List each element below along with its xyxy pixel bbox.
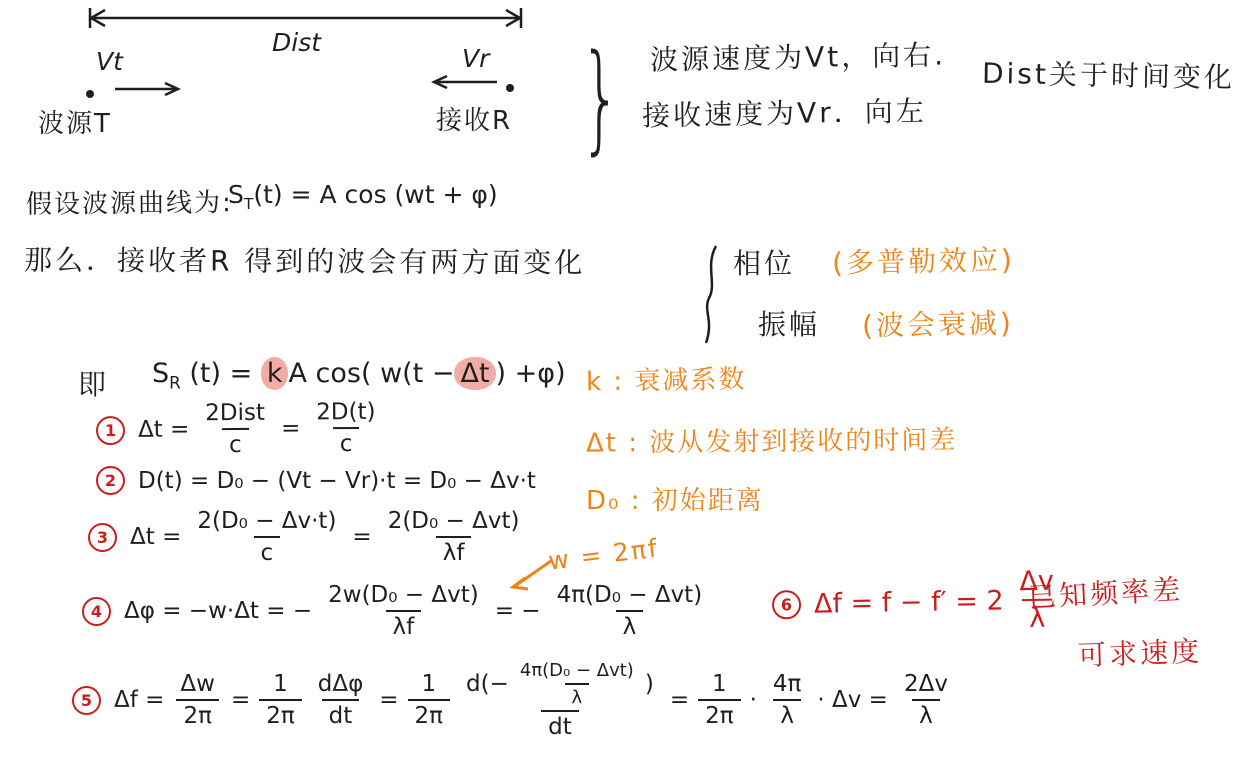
fraction: dΔφdt — [311, 671, 371, 729]
fraction: 4π(D₀ − Δvt)λ — [550, 582, 710, 640]
fraction: 4πλ — [766, 671, 808, 729]
w-note: w = 2πf — [547, 533, 661, 575]
diagram-brace: } — [580, 38, 621, 156]
assumption-formula: ST(t) = A cos (wt + φ) — [228, 180, 498, 213]
branch-amplitude: 振幅 — [758, 303, 820, 343]
legend-k: k : 衰减系数 — [586, 359, 747, 399]
fraction: 2D(t)c — [309, 399, 383, 458]
fraction: 12π — [698, 671, 740, 729]
note-source-speed: 波源速度为Vt，向右. — [650, 33, 947, 78]
assumption-label: 假设波源曲线为: — [26, 182, 233, 221]
fraction: 12π — [259, 671, 301, 729]
equation-3: 3 Δt = 2(D₀ − Δv·t)c = 2(D₀ − Δvt)λf — [88, 508, 526, 566]
handwritten-note-page: Dist Vt 波源T Vr 接收R } 波源速度为Vt，向右. 接收速度为Vr… — [0, 0, 1257, 770]
source-dot — [86, 90, 94, 98]
eq6-note-1: 已知频率差 — [1027, 568, 1184, 616]
consequence-text: 那么．接收者R 得到的波会有两方面变化 — [24, 239, 586, 282]
dist-label: Dist — [272, 28, 321, 57]
circled-number-5: 5 — [72, 686, 101, 715]
fraction: 12π — [408, 671, 450, 729]
vt-label: Vt — [96, 47, 123, 76]
k-highlight: k — [261, 357, 289, 390]
big-fraction: d(− 4π(D₀ − Δvt)λ ) dt — [459, 660, 661, 740]
fraction: 2w(D₀ − Δvt)λf — [321, 582, 486, 640]
equation-1: 1 Δt = 2Distc = 2D(t)c — [96, 399, 383, 459]
vr-label: Vr — [462, 44, 489, 73]
nested-fraction: 4π(D₀ − Δvt)λ — [513, 660, 641, 708]
equation-5: 5 Δf = Δw2π = 12π dΔφdt = 12π d(− 4π(D₀ … — [72, 660, 955, 740]
note-dist-time: Dist关于时间变化 — [982, 52, 1236, 96]
st-symbol: ST — [228, 180, 253, 209]
sr-formula: SR (t) = kA cos( w(t −Δt) +φ) — [152, 358, 566, 392]
branch-amplitude-note: (波会衰减) — [862, 302, 1015, 345]
fraction: Δw2π — [173, 671, 222, 729]
sr-symbol: SR — [152, 358, 181, 389]
circled-number-6: 6 — [772, 590, 802, 620]
circled-number-3: 3 — [88, 523, 117, 552]
fraction: 2Δvλ — [897, 671, 955, 729]
receiver-label: 接收R — [436, 100, 512, 137]
equation-6: 6 Δf = f − f′ = 2 Δvλ — [771, 565, 1061, 638]
vt-arrow — [112, 80, 192, 98]
eq6-note-2: 可求速度 — [1077, 630, 1202, 674]
circled-number-4: 4 — [82, 597, 111, 626]
receiver-dot — [506, 84, 514, 92]
note-receiver-speed: 接收速度为Vr．向左 — [642, 90, 927, 135]
branch-brace — [700, 244, 724, 346]
vr-arrow — [420, 73, 500, 91]
source-label: 波源T — [38, 103, 112, 140]
equation-2: 2 D(t) = D₀ − (Vt − Vr)·t = D₀ − Δv·t — [96, 466, 536, 495]
sr-label: 即 — [78, 363, 109, 403]
branch-phase: 相位 — [733, 242, 795, 282]
circled-number-1: 1 — [96, 415, 125, 444]
dt-highlight: Δt — [454, 357, 495, 390]
circled-number-2: 2 — [96, 466, 125, 495]
equation-4: 4 Δφ = −w·Δt = − 2w(D₀ − Δvt)λf = − 4π(D… — [82, 582, 709, 640]
fraction: 2(D₀ − Δv·t)c — [190, 508, 343, 566]
legend-d0: D₀ : 初始距离 — [586, 480, 764, 517]
branch-phase-note: (多普勒效应) — [832, 238, 1016, 281]
fraction: 2Distc — [198, 400, 272, 459]
legend-dt: Δt : 波从发射到接收的时间差 — [586, 419, 958, 459]
